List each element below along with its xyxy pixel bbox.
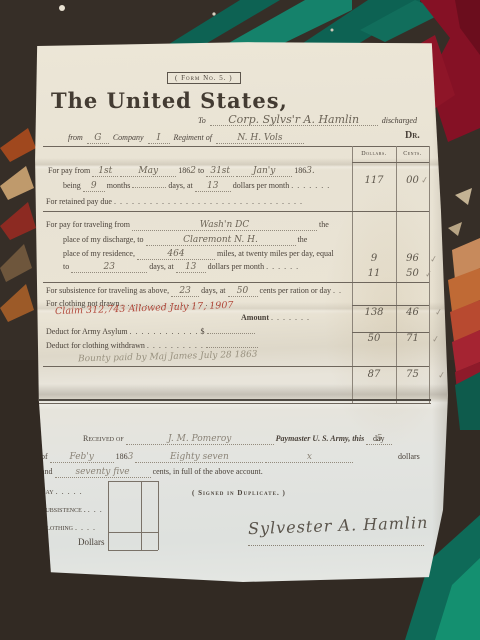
printed-label: Deduct for Army Asylum xyxy=(46,327,128,336)
amount-label: Amount xyxy=(241,313,269,322)
travel-from-value: Wash'n DC xyxy=(132,220,317,231)
summary-box-line xyxy=(108,550,158,551)
subsistence-days: 23 xyxy=(171,286,199,297)
printed-label: dollars per month xyxy=(233,181,289,190)
withdrawn-line: Deduct for clothing withdrawn . . . . . … xyxy=(46,341,258,350)
summary-box-line xyxy=(108,532,158,533)
signature: Sylvester A. Hamlin xyxy=(248,513,429,538)
bounty-pencil-note: Bounty paid by Maj James July 28 1863 xyxy=(78,350,258,365)
summary-box-line xyxy=(108,481,158,482)
day-word: day xyxy=(373,434,385,443)
printed-label: For pay from xyxy=(48,166,90,175)
printed-label: dollars per month xyxy=(208,262,264,271)
printed-label: 186 xyxy=(294,166,306,175)
travel-line-1: For pay for traveling from Wash'n DC the xyxy=(46,220,329,231)
printed-label: the xyxy=(298,235,308,244)
months-value: 9 xyxy=(83,181,105,192)
pay-line-2: being 9 months days, at 13 dollars per m… xyxy=(63,181,330,192)
dot-leader: . . . . xyxy=(75,523,96,532)
end-year: 3. xyxy=(306,166,315,176)
checkmark: ✓ xyxy=(420,176,429,187)
printed-label: place of my discharge, to xyxy=(63,235,144,244)
rule xyxy=(43,146,429,147)
dot-leader: . . . . . . . . . . xyxy=(147,341,204,350)
table-line xyxy=(352,162,429,163)
signature-line xyxy=(248,545,424,546)
receipt-year: 3 xyxy=(128,452,134,462)
travel-to-value: Claremont N. H. xyxy=(146,235,296,246)
printed-label: place of my residence, xyxy=(63,249,135,258)
summary-box-line xyxy=(108,481,109,550)
flourish-x: x xyxy=(265,452,353,463)
dollars-column-header: Dollars. xyxy=(352,151,396,157)
dot-leader: . . . . . . . xyxy=(271,313,310,322)
summary-subsistence-label: Subsistence . . . . xyxy=(41,505,103,514)
fold-crease xyxy=(33,384,448,410)
subsistence-line: For subsistence for traveling as above, … xyxy=(46,286,342,297)
dot-leader: . . . . . . . . . . . . xyxy=(130,327,199,336)
summary-pay-label: Pay . . . . . xyxy=(41,487,83,496)
travel-days-value: 23 xyxy=(71,262,147,273)
receipt-line-3: and seventy five cents, in full of the a… xyxy=(41,467,263,478)
discharged-label: discharged xyxy=(382,116,417,125)
travel-line-4: to 23 days, at 13 dollars per month . . … xyxy=(63,262,299,273)
checkmark: ✓ xyxy=(424,270,433,281)
double-rule xyxy=(39,403,431,404)
receipt-month: Feb'y xyxy=(50,452,114,463)
unit-line: from G Company I Regiment of N. H. Vols xyxy=(68,127,304,145)
rule xyxy=(43,282,429,283)
receipt-line-2: of Feb'y 1863 Eighty seven x xyxy=(41,452,353,463)
printed-label: Deduct for clothing withdrawn xyxy=(46,341,145,350)
amount-cents: 46 xyxy=(397,307,428,318)
cents-in-words: seventy five xyxy=(55,467,151,478)
ration-cents: 50 xyxy=(228,286,258,297)
printed-label: to xyxy=(63,262,69,271)
total-cents: 75 xyxy=(397,369,428,380)
days-blank xyxy=(132,187,166,188)
dollars-label: Dollars xyxy=(78,537,105,547)
end-month: Jan'y xyxy=(236,166,292,177)
travel-dollars: 9 xyxy=(353,253,395,264)
signed-in-duplicate: ( Signed in Duplicate. ) xyxy=(192,489,286,497)
regiment-label: Regiment of xyxy=(174,133,212,142)
printed-label: days, at xyxy=(168,181,192,190)
printed-label: being xyxy=(63,181,81,190)
form-number-box: ( Form No. 5. ) xyxy=(167,67,241,85)
summary-box-line xyxy=(141,481,142,550)
travel-line-2: place of my discharge, to Claremont N. H… xyxy=(63,235,307,246)
checkmark: ✓ xyxy=(437,371,446,382)
dot-leader: . . xyxy=(333,286,342,295)
receipt-line-1: Received of J. M. Pomeroy Paymaster U. S… xyxy=(83,434,392,445)
withdrawn-blank xyxy=(206,347,258,348)
checkmark: ✓ xyxy=(431,335,440,346)
start-year: 2 xyxy=(190,166,196,176)
travel-line-3: place of my residence, 464 miles, at twe… xyxy=(63,249,334,260)
pay-line-1: For pay from 1st May 1862 to 31st Jan'y … xyxy=(48,166,315,177)
dot-leader: . . . . . . . xyxy=(291,181,330,190)
printed-label: 186 xyxy=(116,452,128,461)
summary-clothing-label: Clothing . . . . xyxy=(41,523,96,532)
start-day: 1st xyxy=(92,166,118,177)
company-value: G xyxy=(87,133,109,144)
payee-name: Corp. Sylvs'r A. Hamlin xyxy=(210,115,378,126)
printed-label: For subsistence for traveling as above, xyxy=(46,286,169,295)
table-line xyxy=(352,305,429,306)
received-of-label: Received of xyxy=(83,434,124,443)
dot-leader: . . . . . . xyxy=(266,262,299,271)
cents-column-header: Cents. xyxy=(396,151,429,157)
start-month: May xyxy=(120,166,176,177)
rate-value: 13 xyxy=(195,181,231,192)
rule xyxy=(43,366,429,367)
withdrawn-cents: 71 xyxy=(397,333,428,344)
dot-leader: . . . xyxy=(88,505,103,514)
form-number-label: ( Form No. 5. ) xyxy=(167,72,241,84)
payee-line: To Corp. Sylvs'r A. Hamlin discharged xyxy=(198,110,417,128)
paymaster-label: Paymaster U. S. Army, this xyxy=(276,434,365,443)
company-label: Company xyxy=(113,133,144,142)
printed-label: cents, in full of the above account. xyxy=(153,467,263,476)
summary-box-line xyxy=(158,481,159,550)
miles-value: 464 xyxy=(137,249,215,260)
amount-line: Amount . . . . . . . xyxy=(241,313,310,322)
checkmark: ✓ xyxy=(434,308,443,319)
paymaster-name: J. M. Pomeroy xyxy=(126,434,274,445)
dot-leader: . . . . . xyxy=(56,487,83,496)
double-rule xyxy=(39,399,431,401)
photo-scene: ( Form No. 5. ) The United States, To Co… xyxy=(0,0,480,640)
dollars-in-words: Eighty seven xyxy=(135,452,263,463)
printed-label: days, at xyxy=(149,262,173,271)
document-paper: ( Form No. 5. ) The United States, To Co… xyxy=(33,40,448,582)
from-label: from xyxy=(68,133,83,142)
printed-label: the xyxy=(319,220,329,229)
withdrawn-dollars: 50 xyxy=(353,333,395,344)
pay-dollars: 117 xyxy=(353,175,395,186)
printed-label: 186 xyxy=(178,166,190,175)
printed-label: For retained pay due xyxy=(46,197,112,206)
rule xyxy=(43,211,429,212)
printed-label: For pay for traveling from xyxy=(46,220,130,229)
subsistence-label: Subsistence . xyxy=(41,505,86,514)
dollar-sign: $ xyxy=(201,327,205,336)
dollars-word: dollars xyxy=(398,452,420,461)
printed-label: months xyxy=(107,181,131,190)
checkmark: ✓ xyxy=(429,255,438,266)
regiment-name: N. H. Vols xyxy=(216,133,304,144)
printed-label: days, at xyxy=(201,286,225,295)
asylum-line: Deduct for Army Asylum . . . . . . . . .… xyxy=(46,327,255,336)
total-dollars: 87 xyxy=(353,369,395,380)
printed-label: miles, at twenty miles per day, equal xyxy=(217,249,334,258)
printed-label: cents per ration or day xyxy=(260,286,332,295)
travel-rate-value: 13 xyxy=(176,262,206,273)
end-day: 31st xyxy=(206,166,234,177)
travel-cents: 96 xyxy=(397,253,428,264)
asylum-blank xyxy=(207,333,255,334)
subsistence-dollars: 11 xyxy=(353,268,395,279)
dot-leader: . . . . . . . . . . . . . . . . . . . . … xyxy=(114,197,303,206)
to-label: To xyxy=(198,116,206,125)
retained-pay-line: For retained pay due . . . . . . . . . .… xyxy=(46,197,303,206)
regiment-value: I xyxy=(148,133,170,144)
printed-label: to xyxy=(198,166,204,175)
amount-dollars: 138 xyxy=(353,307,395,318)
dr-label: Dr. xyxy=(405,130,420,141)
